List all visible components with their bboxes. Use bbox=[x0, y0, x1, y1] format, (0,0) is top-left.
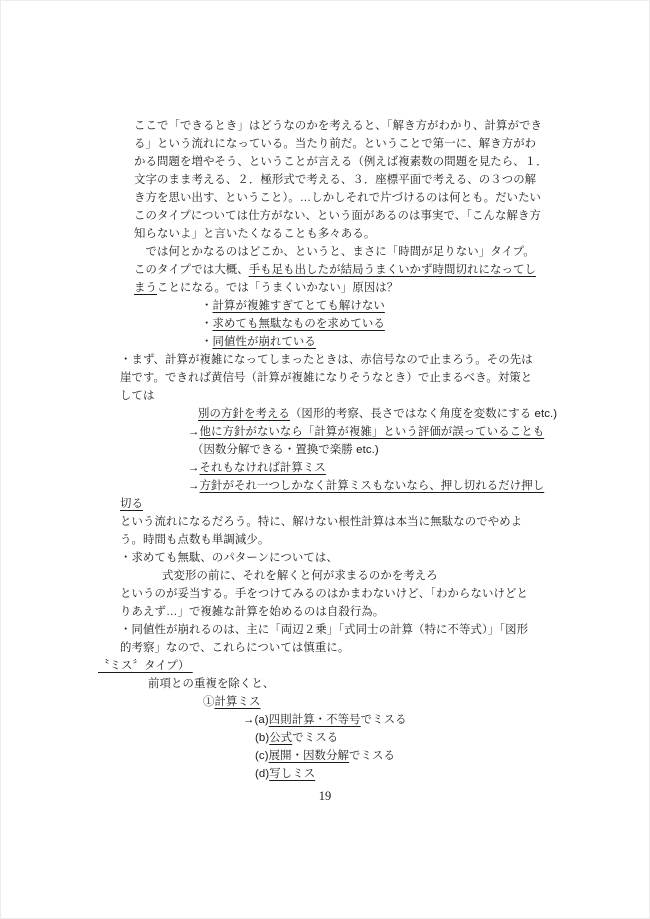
text-line: かる問題を増やそう、ということが言える（例えば複素数の問題を見たら、１． bbox=[0, 153, 650, 171]
text-line: 別の方針を考える（図形的考察、長さではなく角度を変数にする etc.) bbox=[0, 405, 650, 423]
text-segment: 知らないよ」と言いたくなることも多々ある。 bbox=[134, 228, 375, 240]
text-segment: →(a) bbox=[243, 714, 269, 726]
text-line: ここで「できるとき」はどうなのかを考えると、「解き方がわかり、計算ができ bbox=[0, 117, 650, 135]
text-segment: りあえず…」で複雑な計算を始めるのは自殺行為。 bbox=[120, 606, 384, 618]
text-segment: ・ bbox=[201, 318, 213, 330]
document-body: ここで「できるとき」はどうなのかを考えると、「解き方がわかり、計算ができる」とい… bbox=[0, 117, 650, 783]
text-segment: → bbox=[188, 426, 200, 438]
text-line: 崖です。できれば黄信号（計算が複雑になりそうなとき）で止まるべき。対策と bbox=[0, 369, 650, 387]
underlined-text: それもなければ計算ミス bbox=[200, 462, 326, 474]
text-line: →(a)四則計算・不等号でミスる bbox=[0, 711, 650, 729]
text-line: 知らないよ」と言いたくなることも多々ある。 bbox=[0, 225, 650, 243]
text-segment: ことになる。では「うまくいかない」原因は？ bbox=[157, 282, 398, 294]
text-line: しては bbox=[0, 387, 650, 405]
text-line: ・まず、計算が複雑になってしまったときは、赤信号なので止まろう。その先は bbox=[0, 351, 650, 369]
text-segment: でミスる bbox=[361, 714, 407, 726]
text-segment: き方を思い出す、ということ）。…しかしそれで片づけるのは何とも。だいたい bbox=[134, 192, 541, 204]
text-segment: このタイプについては仕方がない、という面があるのは事実で、「こんな解き方 bbox=[134, 210, 541, 222]
text-line: →それもなければ計算ミス bbox=[0, 459, 650, 477]
text-segment: (b) bbox=[255, 732, 269, 744]
text-segment: ① bbox=[203, 696, 215, 708]
text-segment: ・ bbox=[201, 300, 213, 312]
text-line: る」という流れになっている。当たり前だ。ということで第一に、解き方がわ bbox=[0, 135, 650, 153]
text-segment: → bbox=[188, 462, 200, 474]
text-segment: でミスる bbox=[292, 732, 338, 744]
underlined-text: 公式 bbox=[269, 732, 292, 744]
text-line: という流れになるだろう。特に、解けない根性計算は本当に無駄なのでやめよ bbox=[0, 513, 650, 531]
underlined-text: 手も足も出したが結局うまくいかず時間切れになってし bbox=[249, 264, 536, 276]
text-segment: かる問題を増やそう、ということが言える（例えば複素数の問題を見たら、１． bbox=[134, 156, 548, 168]
underlined-text: 計算が複雑すぎてとても解けない bbox=[213, 300, 385, 312]
text-segment: でミスる bbox=[349, 750, 395, 762]
underlined-text: 方針がそれ一つしかなく計算ミスもないなら、押し切れるだけ押し bbox=[200, 480, 545, 492]
underlined-text: まう bbox=[134, 282, 157, 294]
text-line: ①計算ミス bbox=[0, 693, 650, 711]
text-segment: というのが妥当する。手をつけてみるのはかまわないけど、「わからないけどと bbox=[120, 588, 528, 600]
underlined-text: 計算ミス bbox=[215, 696, 261, 708]
text-segment: 文字のまま考える、２．極形式で考える、３．座標平面で考える、の３つの解 bbox=[134, 174, 536, 186]
text-line: →他に方針がないなら「計算が複雑」という評価が誤っていることも bbox=[0, 423, 650, 441]
underlined-text: 展開・因数分解 bbox=[269, 750, 349, 762]
text-segment: （因数分解できる・置換で楽勝 etc.) bbox=[192, 444, 379, 456]
text-line: (b)公式でミスる bbox=[0, 729, 650, 747]
underlined-text: 写しミス bbox=[269, 768, 315, 780]
underlined-text: 切る bbox=[120, 498, 143, 510]
text-segment: 的考察」なので、これらについては慎重に。 bbox=[120, 642, 349, 654]
text-line: →方針がそれ一つしかなく計算ミスもないなら、押し切れるだけ押し bbox=[0, 477, 650, 495]
underlined-text: 他に方針がないなら「計算が複雑」という評価が誤っていることも bbox=[200, 426, 545, 438]
text-segment: という流れになるだろう。特に、解けない根性計算は本当に無駄なのでやめよ bbox=[120, 516, 522, 528]
text-segment: （図形的考察、長さではなく角度を変数にする etc.) bbox=[290, 408, 557, 420]
text-line: では何とかなるのはどこか、というと、まさに「時間が足りない」タイプ。 bbox=[0, 243, 650, 261]
text-line: （因数分解できる・置換で楽勝 etc.) bbox=[0, 441, 650, 459]
underlined-text: 四則計算・不等号 bbox=[269, 714, 361, 726]
text-line: 式変形の前に、それを解くと何が求まるのかを考えろ bbox=[0, 567, 650, 585]
text-segment: 前項との重複を除くと、 bbox=[148, 678, 274, 690]
text-line: というのが妥当する。手をつけてみるのはかまわないけど、「わからないけどと bbox=[0, 585, 650, 603]
text-line: う。時間も点数も単調減少。 bbox=[0, 531, 650, 549]
text-segment: しては bbox=[120, 390, 154, 402]
text-segment: ・求めても無駄、のパターンについては、 bbox=[120, 552, 338, 564]
text-segment: ここで「できるとき」はどうなのかを考えると、「解き方がわかり、計算ができ bbox=[134, 120, 542, 132]
text-segment: ・まず、計算が複雑になってしまったときは、赤信号なので止まろう。その先は bbox=[120, 354, 533, 366]
underlined-text: 別の方針を考える bbox=[198, 408, 290, 420]
text-line: ・同値性が崩れるのは、主に「両辺２乗」「式同士の計算（特に不等式）」「図形 bbox=[0, 621, 650, 639]
underlined-text: 同値性が崩れている bbox=[213, 336, 316, 348]
text-line: 切る bbox=[0, 495, 650, 513]
underlined-text: 〝ミス〞タイプ） bbox=[98, 660, 193, 672]
text-segment: (c) bbox=[255, 750, 269, 762]
text-line: ・求めても無駄なものを求めている bbox=[0, 315, 650, 333]
text-segment: → bbox=[188, 480, 200, 492]
text-segment: ・ bbox=[201, 336, 213, 348]
page-number: 19 bbox=[0, 789, 650, 804]
text-line: (c)展開・因数分解でミスる bbox=[0, 747, 650, 765]
text-segment: う。時間も点数も単調減少。 bbox=[120, 534, 269, 546]
text-line: 的考察」なので、これらについては慎重に。 bbox=[0, 639, 650, 657]
text-line: ・同値性が崩れている bbox=[0, 333, 650, 351]
text-segment: る」という流れになっている。当たり前だ。ということで第一に、解き方がわ bbox=[134, 138, 536, 150]
text-segment: ・同値性が崩れるのは、主に「両辺２乗」「式同士の計算（特に不等式）」「図形 bbox=[120, 624, 528, 636]
text-line: 〝ミス〞タイプ） bbox=[0, 657, 650, 675]
text-line: 文字のまま考える、２．極形式で考える、３．座標平面で考える、の３つの解 bbox=[0, 171, 650, 189]
text-line: 前項との重複を除くと、 bbox=[0, 675, 650, 693]
text-segment: (d) bbox=[255, 768, 269, 780]
text-segment: このタイプでは大概、 bbox=[134, 264, 249, 276]
text-line: まうことになる。では「うまくいかない」原因は？ bbox=[0, 279, 650, 297]
text-line: このタイプについては仕方がない、という面があるのは事実で、「こんな解き方 bbox=[0, 207, 650, 225]
underlined-text: 求めても無駄なものを求めている bbox=[213, 318, 385, 330]
text-line: (d)写しミス bbox=[0, 765, 650, 783]
text-line: き方を思い出す、ということ）。…しかしそれで片づけるのは何とも。だいたい bbox=[0, 189, 650, 207]
text-segment: 崖です。できれば黄信号（計算が複雑になりそうなとき）で止まるべき。対策と bbox=[120, 372, 532, 384]
text-line: ・計算が複雑すぎてとても解けない bbox=[0, 297, 650, 315]
text-line: ・求めても無駄、のパターンについては、 bbox=[0, 549, 650, 567]
text-segment: 式変形の前に、それを解くと何が求まるのかを考えろ bbox=[162, 570, 438, 582]
document-page: ここで「できるとき」はどうなのかを考えると、「解き方がわかり、計算ができる」とい… bbox=[0, 0, 650, 919]
text-line: りあえず…」で複雑な計算を始めるのは自殺行為。 bbox=[0, 603, 650, 621]
text-segment: では何とかなるのはどこか、というと、まさに「時間が足りない」タイプ。 bbox=[134, 246, 535, 258]
text-line: このタイプでは大概、手も足も出したが結局うまくいかず時間切れになってし bbox=[0, 261, 650, 279]
